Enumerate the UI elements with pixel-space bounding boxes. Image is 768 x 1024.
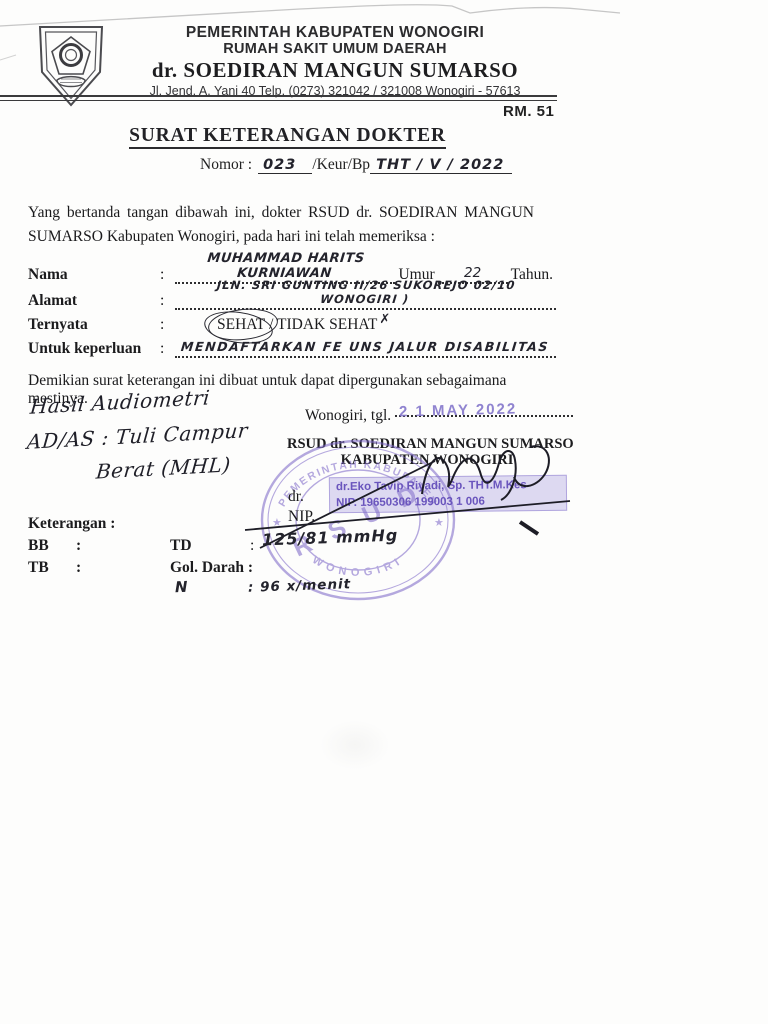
svg-text:WONOGIRI: WONOGIRI bbox=[310, 554, 406, 579]
bb-label: BB bbox=[28, 537, 49, 555]
ternyata-label: Ternyata bbox=[28, 316, 160, 334]
alamat-value-handwritten: JLN. SRI GUNTING II/26 SUKOREJO 02/10 WO… bbox=[174, 278, 558, 306]
round-stamp-star-left: ★ bbox=[272, 517, 282, 529]
keperluan-dotted-line: MENDAFTARKAN FE UNS JALUR DISABILITAS bbox=[175, 338, 556, 358]
field-row-keperluan: Untuk keperluan : MENDAFTARKAN FE UNS JA… bbox=[28, 334, 556, 358]
pen-tick-mark bbox=[520, 522, 538, 534]
nama-label: Nama bbox=[28, 266, 160, 284]
nama-value-handwritten: MUHAMMAD HARITS KURNIAWAN bbox=[173, 251, 397, 281]
tb-label: TB bbox=[28, 559, 49, 577]
dr-label: dr. bbox=[288, 488, 304, 506]
nama-colon: : bbox=[160, 266, 175, 284]
letterhead-hospital-name: dr. SOEDIRAN MANGUN SUMARSO bbox=[100, 59, 570, 83]
tb-colon: : bbox=[76, 559, 81, 577]
td-label: TD bbox=[170, 537, 192, 555]
form-code: RM. 51 bbox=[503, 103, 554, 120]
document-title: SURAT KETERANGAN DOKTER bbox=[129, 125, 446, 149]
nomor-line: Nomor : 023 /Keur/Bp THT / V / 2022 bbox=[200, 156, 512, 174]
stamp-doctor-nip: NIP. 19650306 199003 1 006 bbox=[336, 493, 560, 511]
letterhead-government: PEMERINTAH KABUPATEN WONOGIRI bbox=[100, 24, 570, 41]
alamat-colon: : bbox=[160, 292, 175, 310]
ternyata-colon: : bbox=[160, 316, 175, 334]
doctor-name-stamp: dr.Eko Tavip Riyadi, Sp. THT.M.Kes NIP. … bbox=[329, 475, 567, 513]
nomor-label: Nomor : bbox=[200, 156, 252, 174]
stamp-doctor-name: dr.Eko Tavip Riyadi, Sp. THT.M.Kes bbox=[336, 478, 560, 496]
bb-colon: : bbox=[76, 537, 81, 555]
intro-paragraph: Yang bertanda tangan dibawah ini, dokter… bbox=[28, 201, 534, 250]
alamat-dotted-line: JLN. SRI GUNTING II/26 SUKOREJO 02/10 WO… bbox=[175, 278, 556, 310]
note-berat-mhl: Berat (MHL) bbox=[95, 452, 232, 483]
ternyata-options: SEHAT / TIDAK SEHAT✗ bbox=[175, 312, 390, 334]
round-stamp-bottom-arc: WONOGIRI bbox=[310, 554, 406, 579]
title-wrap: SURAT KETERANGAN DOKTER bbox=[0, 125, 575, 147]
alamat-label: Alamat bbox=[28, 292, 160, 310]
scan-smudge bbox=[320, 720, 390, 770]
option-tidak-sehat: TIDAK SEHAT bbox=[277, 316, 377, 333]
date-stamp: 2 1 MAY 2022 bbox=[399, 400, 518, 420]
nomor-printed-mid: /Keur/Bp bbox=[312, 156, 370, 174]
header-divider bbox=[0, 95, 557, 101]
td-colon: : bbox=[250, 537, 254, 555]
keperluan-value-handwritten: MENDAFTARKAN FE UNS JALUR DISABILITAS bbox=[181, 339, 551, 354]
scanned-doctor-certificate: PEMERINTAH KABUPATEN WONOGIRI RUMAH SAKI… bbox=[0, 0, 768, 1024]
nomor-suffix-handwritten: THT / V / 2022 bbox=[370, 157, 512, 174]
round-stamp-star-right: ★ bbox=[434, 517, 444, 529]
nomor-number-handwritten: 023 bbox=[258, 157, 312, 174]
keterangan-title: Keterangan : bbox=[28, 515, 115, 533]
letterhead: PEMERINTAH KABUPATEN WONOGIRI RUMAH SAKI… bbox=[100, 24, 570, 98]
place-label: Wonogiri, tgl. bbox=[305, 407, 391, 424]
letterhead-hospital-type: RUMAH SAKIT UMUM DAERAH bbox=[100, 41, 570, 57]
note-ad-as: AD/AS : Tuli Campur bbox=[26, 418, 249, 454]
field-row-alamat: Alamat : JLN. SRI GUNTING II/26 SUKOREJO… bbox=[28, 286, 556, 310]
keperluan-colon: : bbox=[160, 340, 175, 358]
pen-mark: ✗ bbox=[379, 312, 390, 327]
sehat-circled: SEHAT bbox=[217, 316, 265, 334]
keperluan-label: Untuk keperluan bbox=[28, 340, 160, 358]
n-label-handwritten: N bbox=[175, 578, 189, 596]
nip-label: NIP. bbox=[288, 508, 315, 526]
field-row-ternyata: Ternyata : SEHAT / TIDAK SEHAT✗ bbox=[28, 310, 556, 334]
goldarah-label: Gol. Darah : bbox=[170, 559, 253, 577]
